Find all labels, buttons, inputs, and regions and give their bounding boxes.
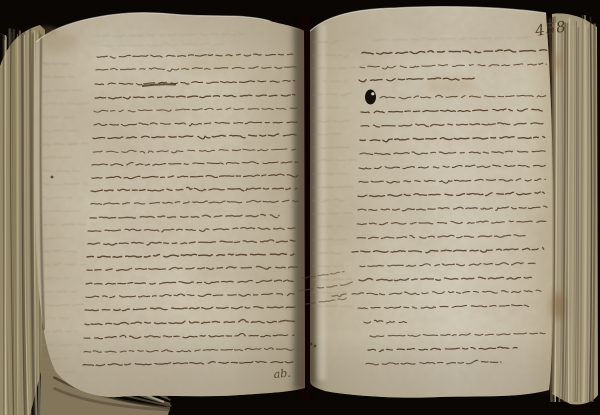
folio-stamp-smudge bbox=[35, 26, 57, 36]
left-page-grain bbox=[35, 13, 306, 397]
ink-speck bbox=[314, 345, 317, 348]
catchword: ab. bbox=[273, 367, 291, 381]
ink-blot-notch bbox=[371, 92, 374, 95]
edge-tint bbox=[540, 20, 554, 390]
open-book-scene: 458 ab. bbox=[0, 0, 600, 415]
stain bbox=[180, 51, 240, 75]
leaf-edge-streak bbox=[3, 34, 4, 415]
ink-speck bbox=[51, 176, 54, 179]
ink-blot bbox=[365, 90, 376, 105]
ink-speck bbox=[310, 343, 313, 346]
manuscript-photo: 458 ab. bbox=[0, 0, 600, 415]
ink-blot-body bbox=[365, 90, 376, 105]
gutter-shadow bbox=[288, 16, 322, 402]
leaf-edge-streak bbox=[20, 31, 21, 415]
stain bbox=[424, 75, 476, 95]
